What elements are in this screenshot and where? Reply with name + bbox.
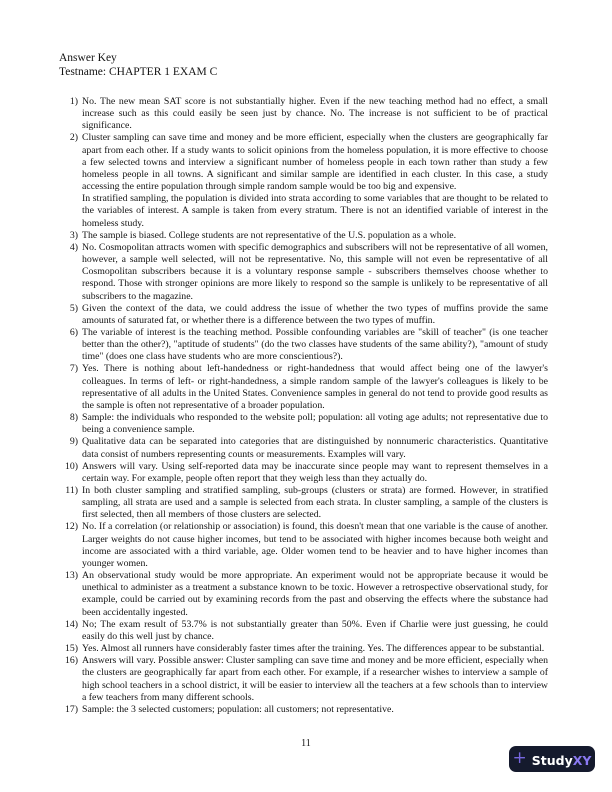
answer-number: 17) xyxy=(59,704,82,716)
answer-item: 9)Qualitative data can be separated into… xyxy=(59,436,548,460)
answer-item: 2)Cluster sampling can save time and mon… xyxy=(59,132,548,229)
answer-text: The sample is biased. College students a… xyxy=(82,230,548,242)
document-testname: Testname: CHAPTER 1 EXAM C xyxy=(59,65,217,79)
answers-list: 1)No. The new mean SAT score is not subs… xyxy=(59,96,548,716)
answer-item: 11)In both cluster sampling and stratifi… xyxy=(59,485,548,521)
answer-number: 2) xyxy=(59,132,82,229)
answer-paragraph: The variable of interest is the teaching… xyxy=(82,327,548,363)
answer-item: 10)Answers will vary. Using self-reporte… xyxy=(59,461,548,485)
answer-number: 12) xyxy=(59,521,82,570)
answer-paragraph: Answers will vary. Using self-reported d… xyxy=(82,461,548,485)
answer-text: The variable of interest is the teaching… xyxy=(82,327,548,363)
answer-text: Answers will vary. Using self-reported d… xyxy=(82,461,548,485)
answer-number: 4) xyxy=(59,242,82,303)
answer-text: Sample: the individuals who responded to… xyxy=(82,412,548,436)
answer-paragraph: No. Cosmopolitan attracts women with spe… xyxy=(82,242,548,303)
answer-number: 8) xyxy=(59,412,82,436)
answer-item: 12)No. If a correlation (or relationship… xyxy=(59,521,548,570)
brand-name: StudyXY xyxy=(532,750,592,769)
brand-name-secondary: XY xyxy=(573,753,592,768)
answer-number: 15) xyxy=(59,643,82,655)
answer-paragraph: In both cluster sampling and stratified … xyxy=(82,485,548,521)
document-page: Answer Key Testname: CHAPTER 1 EXAM C 1)… xyxy=(0,0,612,792)
answer-text: An observational study would be more app… xyxy=(82,570,548,619)
plus-icon: + xyxy=(513,750,527,767)
answer-text: No; The exam result of 53.7% is not subs… xyxy=(82,619,548,643)
answer-item: 17)Sample: the 3 selected customers; pop… xyxy=(59,704,548,716)
answer-text: No. If a correlation (or relationship or… xyxy=(82,521,548,570)
answer-paragraph: Cluster sampling can save time and money… xyxy=(82,132,548,193)
answer-paragraph: No. If a correlation (or relationship or… xyxy=(82,521,548,570)
answer-paragraph: Sample: the individuals who responded to… xyxy=(82,412,548,436)
answer-item: 14)No; The exam result of 53.7% is not s… xyxy=(59,619,548,643)
answer-paragraph: In stratified sampling, the population i… xyxy=(82,193,548,229)
answer-paragraph: No. The new mean SAT score is not substa… xyxy=(82,96,548,132)
studyxy-logo-badge: + StudyXY xyxy=(509,746,595,772)
answer-text: Yes. Almost all runners have considerabl… xyxy=(82,643,548,655)
answer-item: 4)No. Cosmopolitan attracts women with s… xyxy=(59,242,548,303)
document-title: Answer Key xyxy=(59,51,217,65)
answer-item: 13)An observational study would be more … xyxy=(59,570,548,619)
document-header: Answer Key Testname: CHAPTER 1 EXAM C xyxy=(59,51,217,79)
answer-paragraph: Given the context of the data, we could … xyxy=(82,303,548,327)
answer-number: 11) xyxy=(59,485,82,521)
answer-number: 9) xyxy=(59,436,82,460)
answer-number: 16) xyxy=(59,655,82,704)
answer-number: 6) xyxy=(59,327,82,363)
answer-text: Cluster sampling can save time and money… xyxy=(82,132,548,229)
answer-item: 6)The variable of interest is the teachi… xyxy=(59,327,548,363)
answer-item: 1)No. The new mean SAT score is not subs… xyxy=(59,96,548,132)
answer-paragraph: Yes. Almost all runners have considerabl… xyxy=(82,643,548,655)
answer-paragraph: Answers will vary. Possible answer: Clus… xyxy=(82,655,548,704)
answer-text: No. The new mean SAT score is not substa… xyxy=(82,96,548,132)
answer-text: Qualitative data can be separated into c… xyxy=(82,436,548,460)
answer-paragraph: Yes. There is nothing about left-handedn… xyxy=(82,363,548,412)
brand-name-primary: Study xyxy=(532,753,573,768)
answer-text: Answers will vary. Possible answer: Clus… xyxy=(82,655,548,704)
answer-paragraph: The sample is biased. College students a… xyxy=(82,230,548,242)
answer-item: 7)Yes. There is nothing about left-hande… xyxy=(59,363,548,412)
answer-number: 7) xyxy=(59,363,82,412)
answer-item: 16)Answers will vary. Possible answer: C… xyxy=(59,655,548,704)
answer-number: 10) xyxy=(59,461,82,485)
answer-number: 13) xyxy=(59,570,82,619)
answer-text: Yes. There is nothing about left-handedn… xyxy=(82,363,548,412)
answer-paragraph: An observational study would be more app… xyxy=(82,570,548,619)
answer-text: No. Cosmopolitan attracts women with spe… xyxy=(82,242,548,303)
answer-item: 8)Sample: the individuals who responded … xyxy=(59,412,548,436)
answer-number: 3) xyxy=(59,230,82,242)
answer-item: 3)The sample is biased. College students… xyxy=(59,230,548,242)
answer-paragraph: Sample: the 3 selected customers; popula… xyxy=(82,704,548,716)
answer-paragraph: Qualitative data can be separated into c… xyxy=(82,436,548,460)
answer-text: Sample: the 3 selected customers; popula… xyxy=(82,704,548,716)
answer-number: 5) xyxy=(59,303,82,327)
answer-item: 5)Given the context of the data, we coul… xyxy=(59,303,548,327)
answer-paragraph: No; The exam result of 53.7% is not subs… xyxy=(82,619,548,643)
answer-number: 1) xyxy=(59,96,82,132)
answer-item: 15)Yes. Almost all runners have consider… xyxy=(59,643,548,655)
answer-number: 14) xyxy=(59,619,82,643)
answer-text: In both cluster sampling and stratified … xyxy=(82,485,548,521)
answer-text: Given the context of the data, we could … xyxy=(82,303,548,327)
